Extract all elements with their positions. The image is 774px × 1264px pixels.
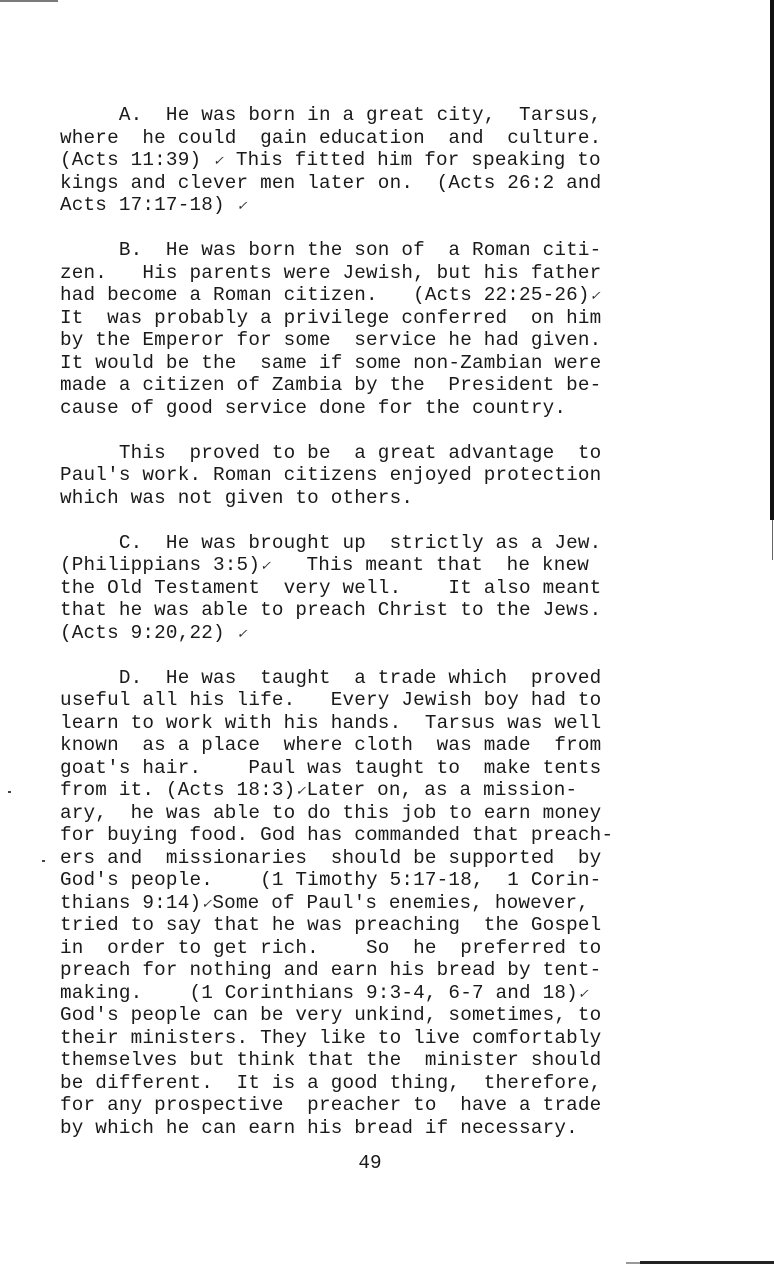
text-line: by which he can earn his bread if necess… [60,1117,680,1140]
text-line: for any prospective preacher to have a t… [60,1094,680,1117]
margin-mark [42,860,45,862]
paragraph-c: C. He was brought up strictly as a Jew.(… [60,532,680,645]
text-line: tried to say that he was preaching the G… [60,914,680,937]
text-line: cause of good service done for the count… [60,397,680,420]
text-line: in order to get rich. So he preferred to [60,937,680,960]
paragraph-b-cont: This proved to be a great advantage toPa… [60,442,680,510]
text-line: from it. (Acts 18:3)✓Later on, as a miss… [60,779,680,802]
text-line: making. (1 Corinthians 9:3-4, 6-7 and 18… [60,982,680,1005]
text-line: It was probably a privilege conferred on… [60,307,680,330]
paragraph-gap [60,217,680,240]
text-line: God's people can be very unkind, sometim… [60,1004,680,1027]
text-line: kings and clever men later on. (Acts 26:… [60,172,680,195]
paragraph-a: A. He was born in a great city, Tarsus,w… [60,104,680,217]
handwritten-checkmark-icon: ✓ [237,199,248,214]
text-line: which was not given to others. [60,487,680,510]
text-line: preach for nothing and earn his bread by… [60,959,680,982]
text-line: (Philippians 3:5)✓ This meant that he kn… [60,554,680,577]
handwritten-checkmark-icon: ✓ [295,784,306,799]
text-line: their ministers. They like to live comfo… [60,1027,680,1050]
scan-edge-top [0,0,58,2]
handwritten-checkmark-icon: ✓ [237,627,248,642]
text-line: Acts 17:17-18) ✓ [60,194,680,217]
text-line: zen. His parents were Jewish, but his fa… [60,262,680,285]
handwritten-checkmark-icon: ✓ [201,897,212,912]
text-line: that he was able to preach Christ to the… [60,599,680,622]
text-line: learn to work with his hands. Tarsus was… [60,712,680,735]
paragraph-gap [60,644,680,667]
text-line: thians 9:14)✓Some of Paul's enemies, how… [60,892,680,915]
text-line: had become a Roman citizen. (Acts 22:25-… [60,284,680,307]
text-line: made a citizen of Zambia by the Presiden… [60,374,680,397]
text-line: Paul's work. Roman citizens enjoyed prot… [60,464,680,487]
page-number: 49 [340,1152,400,1174]
text-line: the Old Testament very well. It also mea… [60,577,680,600]
text-line: be different. It is a good thing, theref… [60,1072,680,1095]
text-line: (Acts 9:20,22) ✓ [60,622,680,645]
text-line: themselves but think that the minister s… [60,1049,680,1072]
scan-edge-right-thin [772,520,773,560]
paragraph-b: B. He was born the son of a Roman citi-z… [60,239,680,419]
text-line: (Acts 11:39) ✓ This fitted him for speak… [60,149,680,172]
text-line: known as a place where cloth was made fr… [60,734,680,757]
document-page: A. He was born in a great city, Tarsus,w… [0,0,774,1264]
paragraph-gap [60,509,680,532]
text-line: This proved to be a great advantage to [60,442,680,465]
text-line: useful all his life. Every Jewish boy ha… [60,689,680,712]
text-line: goat's hair. Paul was taught to make ten… [60,757,680,780]
text-line: It would be the same if some non-Zambian… [60,352,680,375]
handwritten-checkmark-icon: ✓ [213,154,224,169]
text-line: God's people. (1 Timothy 5:17-18, 1 Cori… [60,869,680,892]
margin-mark [8,791,11,793]
handwritten-checkmark-icon: ✓ [260,559,271,574]
paragraph-gap [60,419,680,442]
body-text: A. He was born in a great city, Tarsus,w… [60,104,680,1139]
text-line: where he could gain education and cultur… [60,127,680,150]
paragraph-d: D. He was taught a trade which proveduse… [60,667,680,1140]
text-line: C. He was brought up strictly as a Jew. [60,532,680,555]
text-line: ers and missionaries should be supported… [60,847,680,870]
text-line: A. He was born in a great city, Tarsus, [60,104,680,127]
text-line: by the Emperor for some service he had g… [60,329,680,352]
text-line: for buying food. God has commanded that … [60,824,680,847]
text-line: ary, he was able to do this job to earn … [60,802,680,825]
text-line: D. He was taught a trade which proved [60,667,680,690]
scan-edge-right [770,0,774,520]
handwritten-checkmark-icon: ✓ [578,987,589,1002]
handwritten-checkmark-icon: ✓ [590,289,601,304]
text-line: B. He was born the son of a Roman citi- [60,239,680,262]
